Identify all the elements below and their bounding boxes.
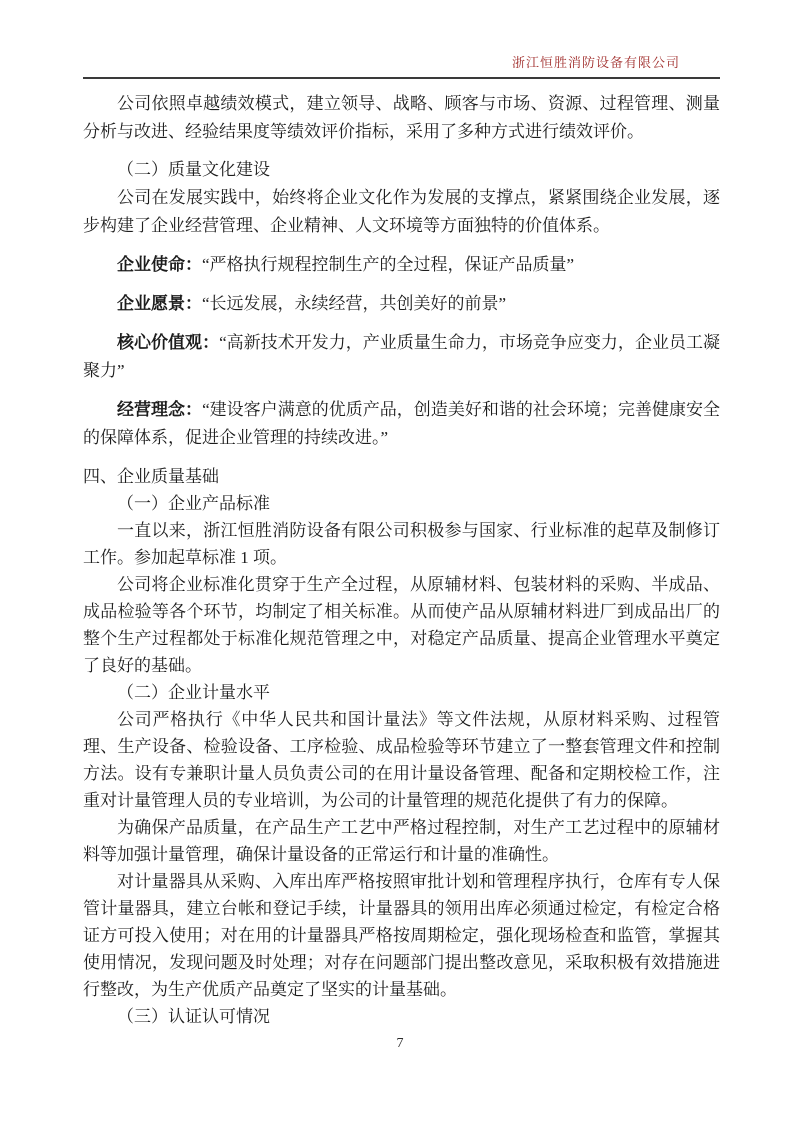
paragraph: 公司严格执行《中华人民共和国计量法》等文件法规，从原材料采购、过程管理、生产设备… — [83, 706, 720, 814]
company-name: 浙江恒胜消防设备有限公司 — [512, 55, 680, 70]
sub-section-heading: （二）企业计量水平 — [83, 679, 720, 706]
paragraph: 公司将企业标准化贯穿于生产全过程，从原辅材料、包装材料的采购、半成品、成品检验等… — [83, 571, 720, 679]
paragraph: 对计量器具从采购、入库出库严格按照审批计划和管理程序执行，仓库有专人保管计量器具… — [83, 868, 720, 1003]
paragraph: 企业愿景：“长远发展，永续经营，共创美好的前景” — [83, 290, 720, 318]
paragraph-label: 核心价值观： — [117, 333, 219, 352]
paragraph: 核心价值观：“高新技术开发力，产业质量生命力，市场竞争应变力，企业员工凝聚力” — [83, 329, 720, 385]
paragraph: 公司依照卓越绩效模式，建立领导、战略、顾客与市场、资源、过程管理、测量分析与改进… — [83, 90, 720, 146]
header-rule — [83, 77, 720, 79]
document-body: 公司依照卓越绩效模式，建立领导、战略、顾客与市场、资源、过程管理、测量分析与改进… — [83, 90, 720, 1030]
paragraph-text: “长远发展，永续经营，共创美好的前景” — [202, 294, 506, 313]
paragraph-label: 企业使命： — [117, 255, 202, 274]
paragraph: 为确保产品质量，在产品生产工艺中严格过程控制，对生产工艺过程中的原辅材料等加强计… — [83, 814, 720, 868]
paragraph-label: 经营理念： — [117, 400, 202, 419]
page-number: 7 — [397, 1036, 404, 1051]
page-footer: 7 — [0, 1036, 800, 1052]
paragraph: 经营理念：“建设客户满意的优质产品，创造美好和谐的社会环境；完善健康安全的保障体… — [83, 396, 720, 452]
paragraph: 一直以来，浙江恒胜消防设备有限公司积极参与国家、行业标准的起草及制修订工作。参加… — [83, 517, 720, 571]
paragraph: 公司在发展实践中，始终将企业文化作为发展的支撑点，紧紧围绕企业发展，逐步构建了企… — [83, 184, 720, 240]
paragraph: 企业使命：“严格执行规程控制生产的全过程，保证产品质量” — [83, 251, 720, 279]
sub-section-heading: （一）企业产品标准 — [83, 490, 720, 517]
section-heading: 四、企业质量基础 — [83, 463, 720, 490]
document-page: 浙江恒胜消防设备有限公司 公司依照卓越绩效模式，建立领导、战略、顾客与市场、资源… — [0, 0, 800, 1131]
paragraph-label: 企业愿景： — [117, 294, 202, 313]
page-header: 浙江恒胜消防设备有限公司 — [83, 52, 720, 71]
paragraph-text: “严格执行规程控制生产的全过程，保证产品质量” — [202, 255, 574, 274]
sub-section-heading: （三）认证认可情况 — [83, 1003, 720, 1030]
sub-section-heading: （二）质量文化建设 — [83, 156, 720, 184]
